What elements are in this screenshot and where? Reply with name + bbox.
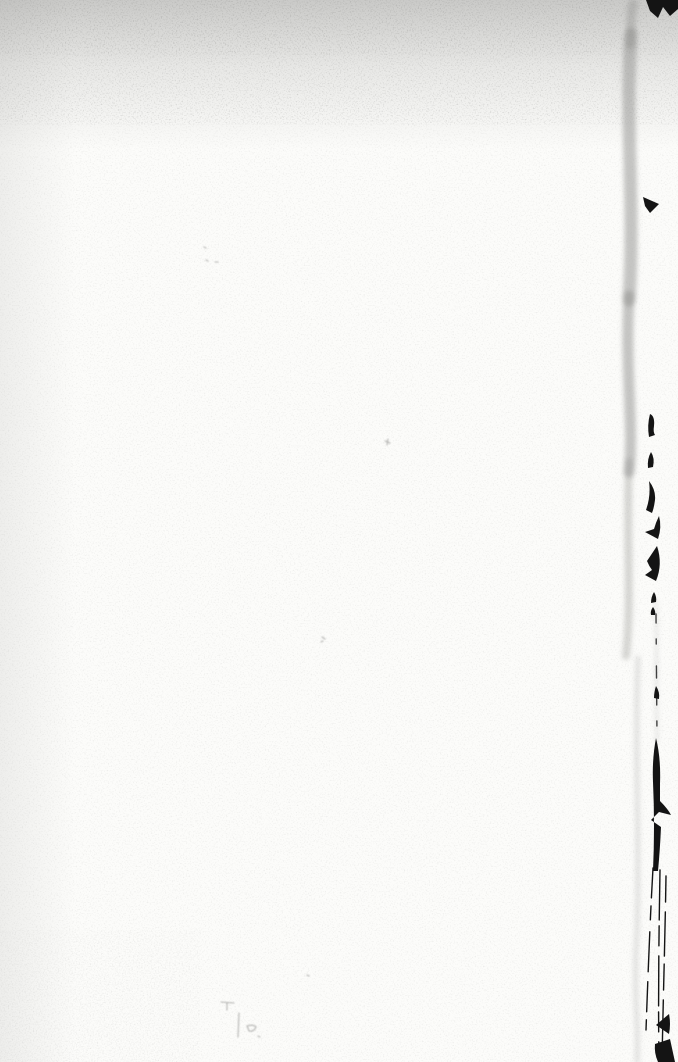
paper-grain-overlay [0,0,678,1062]
smudge-segment-lower [626,462,629,656]
smudge-segment-upper [629,34,631,300]
top-edge-grain-dense [0,0,678,55]
left-edge-shading [0,0,75,1062]
smudge-segment-middle [628,296,631,472]
smudge-segment-top [630,4,633,44]
page-scan-svg [0,0,678,1062]
bottom-left-grain [0,930,200,1062]
scanned-page [0,0,678,1062]
smudge-segment-bottom [636,658,638,1062]
